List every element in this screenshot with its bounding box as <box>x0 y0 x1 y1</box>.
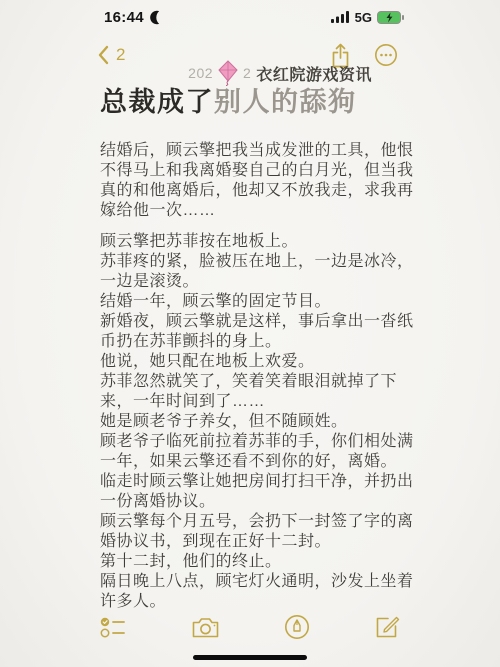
status-right-cluster: 5G <box>331 10 404 25</box>
text-line: 不得马上和我离婚娶自己的白月光，但当我 <box>100 161 434 181</box>
battery-charging-icon <box>377 11 404 24</box>
text-line: 顾云擎每个月五号，会扔下一封签了字的离 <box>100 512 434 532</box>
home-indicator[interactable] <box>193 655 307 660</box>
note-date-suffix: 2 <box>243 65 251 81</box>
cellular-signal-icon <box>331 11 350 23</box>
text-line: 隔日晚上八点，顾宅灯火通明，沙发上坐着 <box>100 572 434 592</box>
status-left-cluster: 16:44 <box>104 9 164 26</box>
text-line: 顾云擎把苏菲按在地板上。 <box>100 232 434 252</box>
text-line: 币扔在苏菲颤抖的身上。 <box>100 332 434 352</box>
text-line: 嫁给他一次…… <box>100 201 434 221</box>
text-line: 婚协议书，到现在正好十二封。 <box>100 532 434 552</box>
status-bar: 16:44 5G <box>0 6 500 28</box>
note-body[interactable]: 结婚后，顾云擎把我当成发泄的工具，他恨不得马上和我离婚娶自己的白月光，但当我真的… <box>100 141 434 612</box>
text-line: 第十二封，他们的终止。 <box>100 552 434 572</box>
text-line: 一边是滚烫。 <box>100 272 434 292</box>
text-line: 苏菲忽然就笑了，笑着笑着眼泪就掉了下 <box>100 372 434 392</box>
text-line: 真的和他离婚后，他却又不放我走，求我再 <box>100 181 434 201</box>
text-line: 一份离婚协议。 <box>100 492 434 512</box>
note-meta-row: 202 2 衣红院游戏资讯 <box>100 61 446 85</box>
kite-sticker-icon <box>216 60 240 86</box>
story-paragraph: 顾云擎把苏菲按在地板上。苏菲疼的紧，脸被压在地上，一边是冰冷，一边是滚烫。结婚一… <box>100 232 434 612</box>
note-title: 总裁成了别人的舔狗 <box>100 84 357 120</box>
text-line: 许多人。 <box>100 592 434 612</box>
watermark-text: 衣红院游戏资讯 <box>256 62 372 85</box>
compose-button[interactable] <box>374 614 400 640</box>
text-line: 他说，她只配在地板上欢爱。 <box>100 352 434 372</box>
text-line: 苏菲疼的紧，脸被压在地上，一边是冰冷， <box>100 252 434 272</box>
checklist-icon <box>100 616 127 639</box>
notes-app-screen: 16:44 5G <box>0 0 500 667</box>
text-line: 新婚夜，顾云擎就是这样，事后拿出一沓纸 <box>100 312 434 332</box>
text-line: 来，一年时间到了…… <box>100 392 434 412</box>
note-title-dark: 总裁成了 <box>100 87 214 117</box>
compose-note-icon <box>374 614 400 640</box>
status-time: 16:44 <box>104 9 144 26</box>
markup-button[interactable] <box>284 614 310 640</box>
camera-icon <box>191 616 220 639</box>
text-line: 她是顾老爷子养女，但不随顾姓。 <box>100 412 434 432</box>
note-title-faded: 别人的舔狗 <box>214 87 357 117</box>
checklist-button[interactable] <box>100 616 127 639</box>
text-line: 临走时顾云擎让她把房间打扫干净，并扔出 <box>100 472 434 492</box>
camera-button[interactable] <box>191 616 220 639</box>
text-line: 结婚一年，顾云擎的固定节目。 <box>100 292 434 312</box>
text-line: 结婚后，顾云擎把我当成发泄的工具，他恨 <box>100 141 434 161</box>
text-line: 顾老爷子临死前拉着苏菲的手，你们相处满 <box>100 432 434 452</box>
intro-paragraph: 结婚后，顾云擎把我当成发泄的工具，他恨不得马上和我离婚娶自己的白月光，但当我真的… <box>100 141 434 221</box>
bottom-toolbar <box>100 613 400 641</box>
markup-pen-icon <box>284 614 310 640</box>
note-date-prefix: 202 <box>188 65 213 81</box>
network-type-label: 5G <box>355 10 372 25</box>
text-line: 一年，如果云擎还看不到你的好，离婚。 <box>100 452 434 472</box>
crescent-moon-icon <box>149 10 164 25</box>
